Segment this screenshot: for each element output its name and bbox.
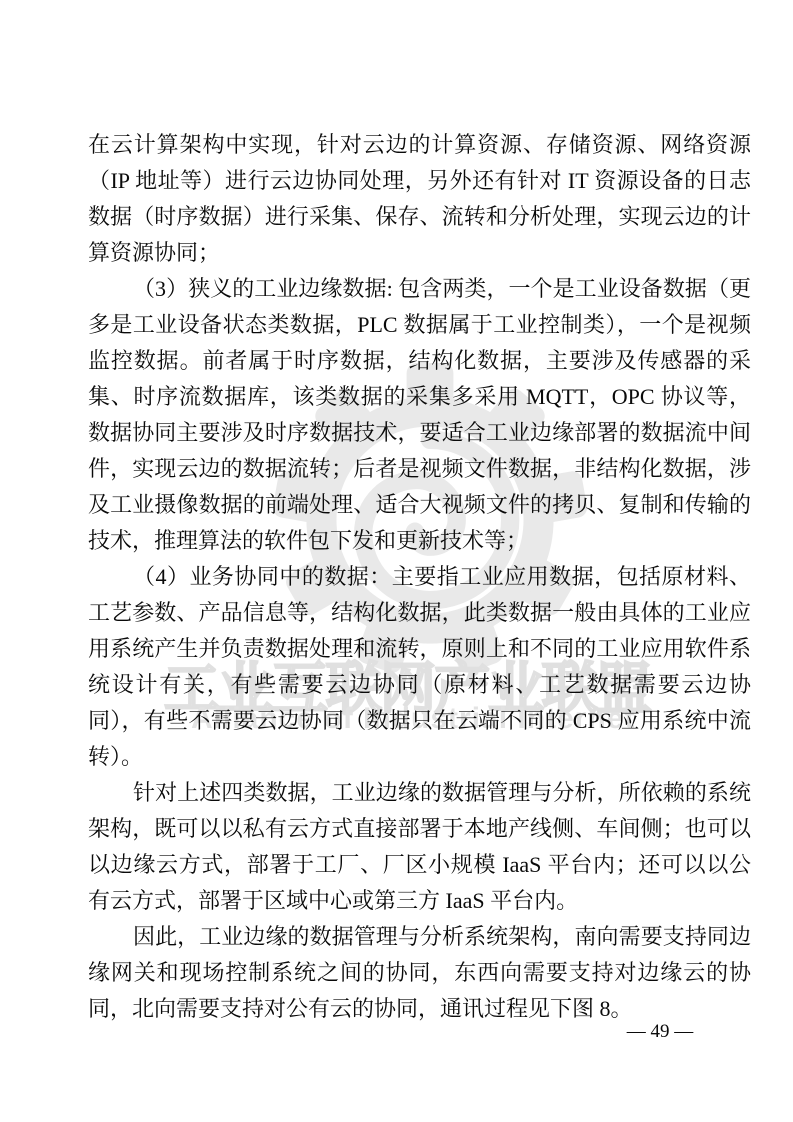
document-page: 工业互联网产业联盟 Alliance of Industrial Interne… xyxy=(0,0,793,1122)
page-body-text: 在云计算架构中实现，针对云边的计算资源、存储资源、网络资源（IP 地址等）进行云… xyxy=(88,127,751,1027)
body-paragraph-4: 针对上述四类数据，工业边缘的数据管理与分析，所依赖的系统架构，既可以以私有云方式… xyxy=(88,775,751,919)
body-paragraph-1: 在云计算架构中实现，针对云边的计算资源、存储资源、网络资源（IP 地址等）进行云… xyxy=(88,127,751,271)
body-paragraph-3: （4）业务协同中的数据：主要指工业应用数据，包括原材料、工艺参数、产品信息等，结… xyxy=(88,559,751,775)
body-paragraph-5: 因此，工业边缘的数据管理与分析系统架构，南向需要支持同边缘网关和现场控制系统之间… xyxy=(88,919,751,1027)
body-paragraph-2: （3）狭义的工业边缘数据: 包含两类，一个是工业设备数据（更多是工业设备状态类数… xyxy=(88,271,751,559)
page-number: — 49 — xyxy=(600,1021,720,1043)
